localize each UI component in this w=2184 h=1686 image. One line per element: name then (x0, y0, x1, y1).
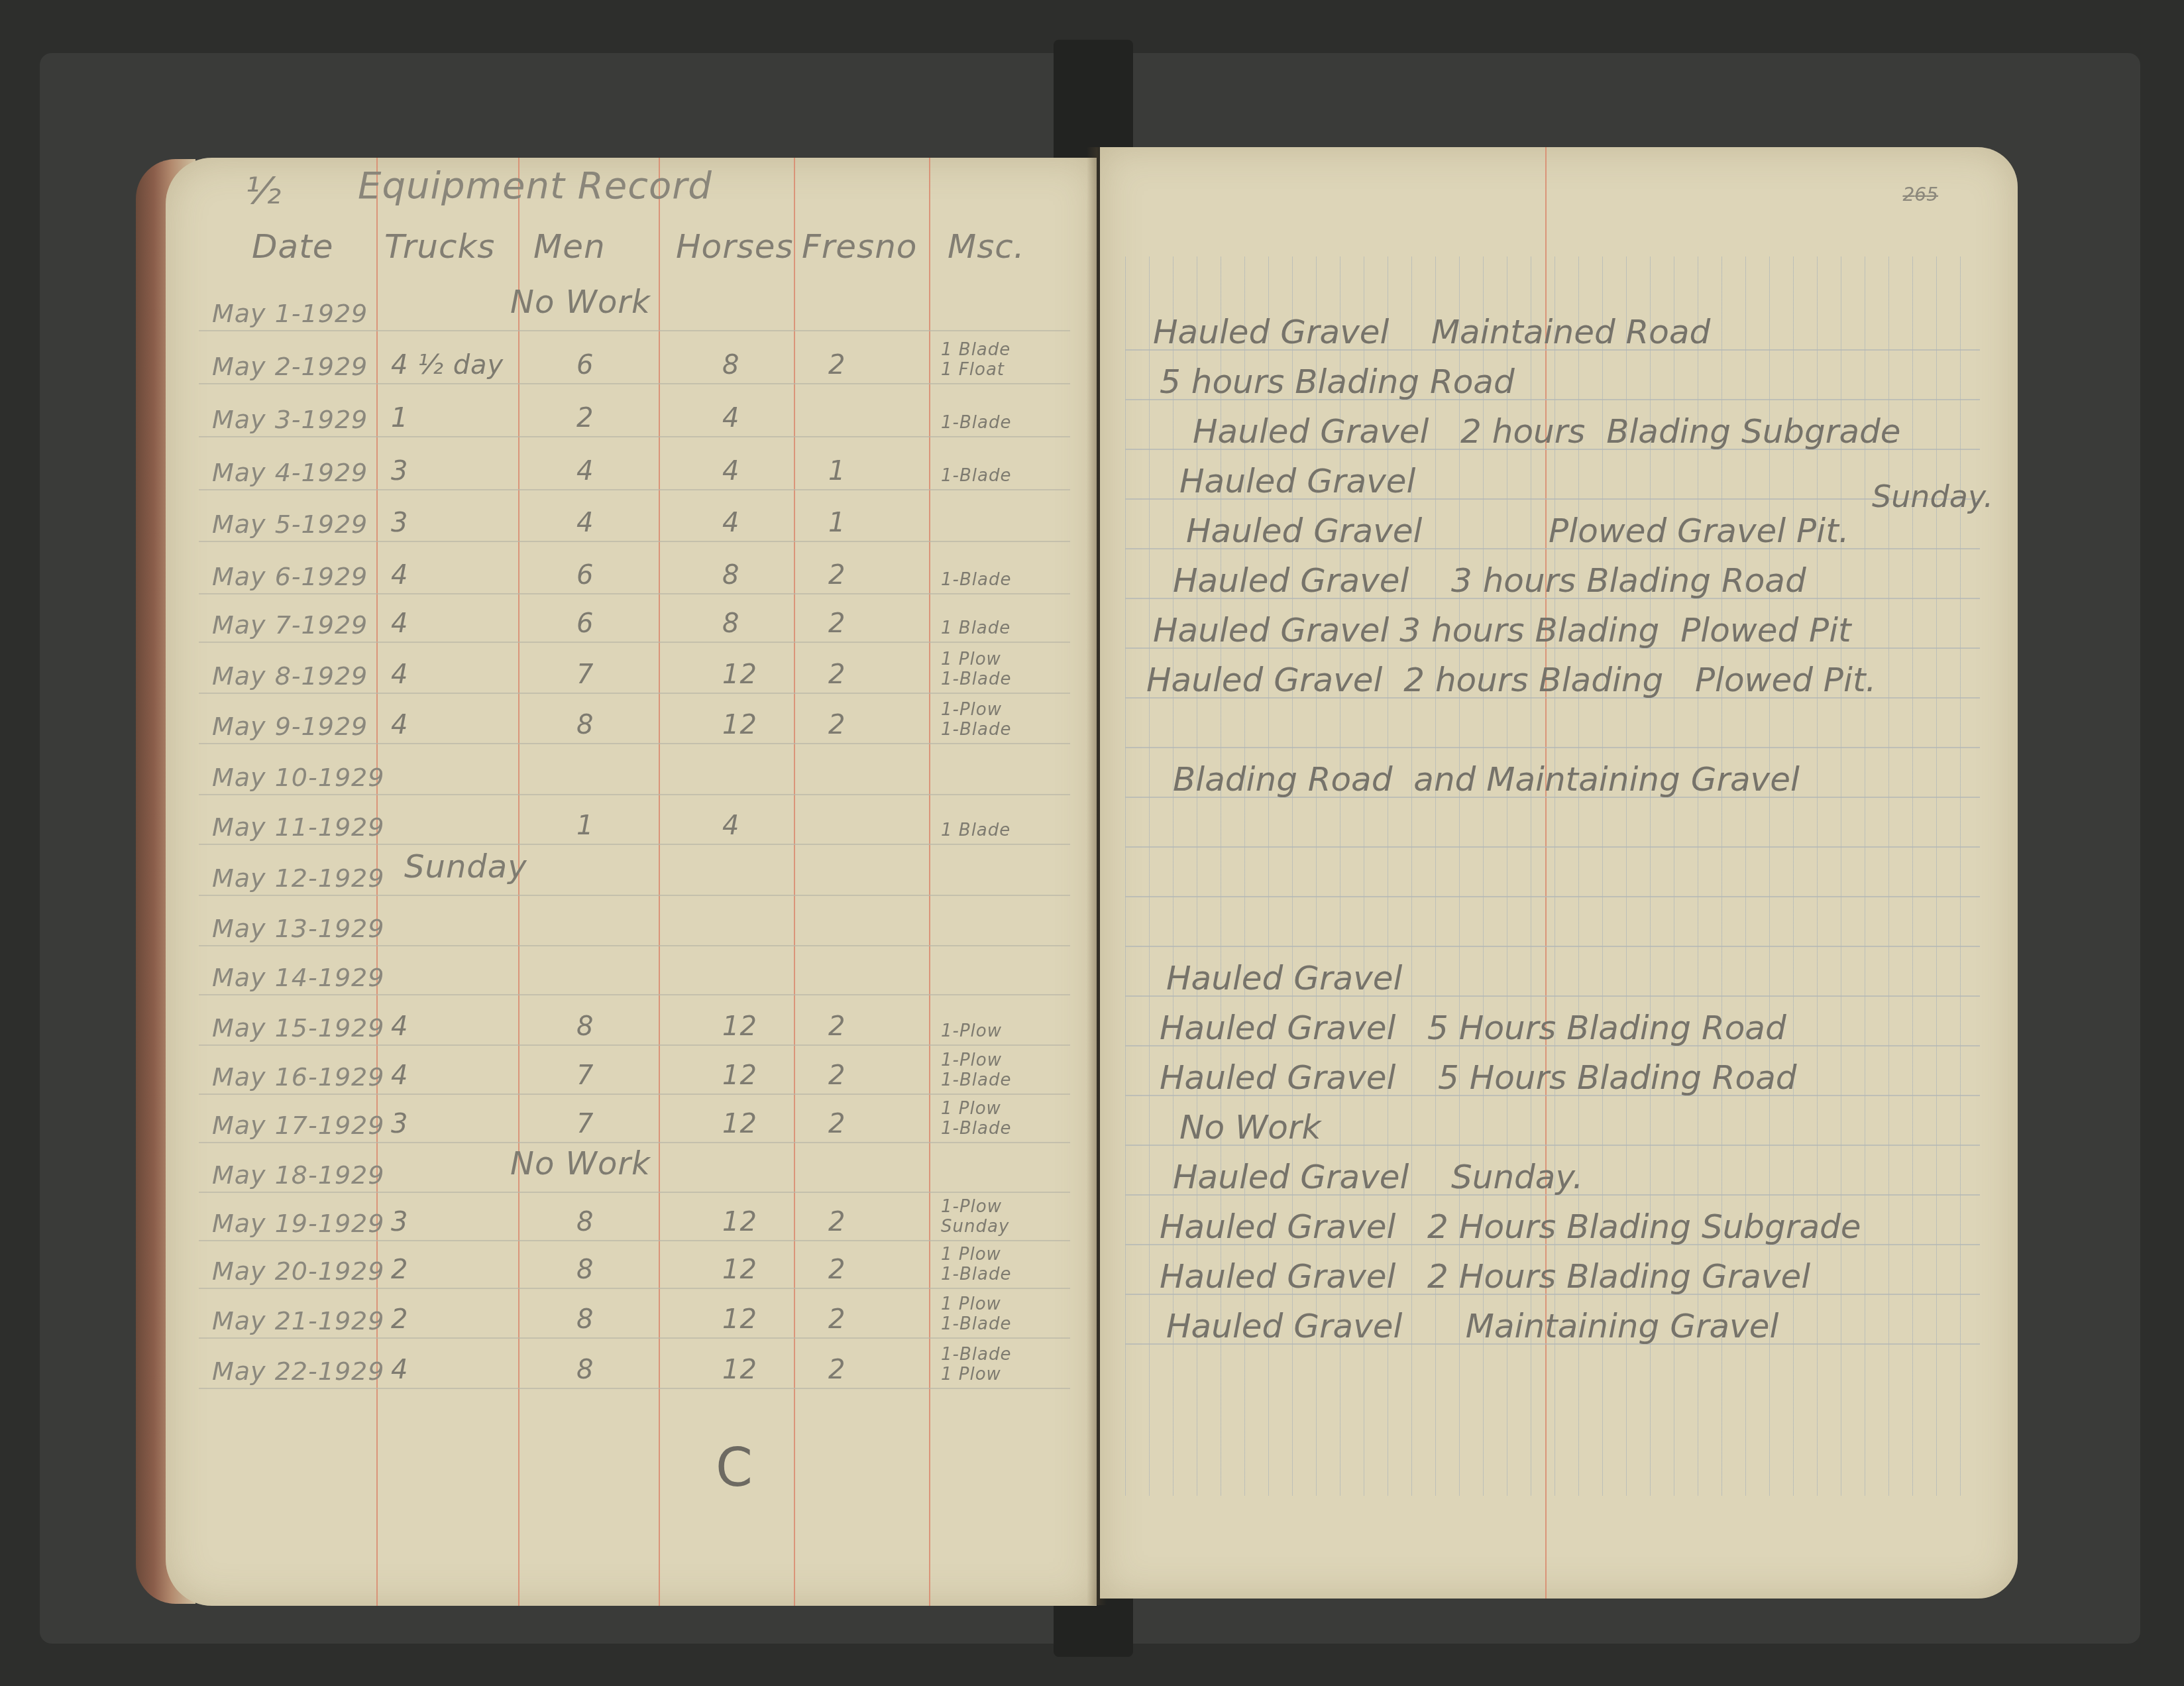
cell-misc: 1-Blade (941, 570, 1011, 590)
side-note-sunday: Sunday. (1872, 478, 1993, 514)
cell-horses: 4 (722, 811, 739, 841)
cell-horses: 8 (722, 608, 739, 639)
cell-trucks: 3 (391, 1207, 408, 1237)
cell-date: May 19-1929 (212, 1209, 384, 1238)
cell-trucks: 4 ½ day (391, 350, 504, 380)
cell-misc: 1 Blade (941, 618, 1010, 638)
note-entry: Hauled Gravel Sunday. (1173, 1158, 1583, 1196)
cell-date: May 9-1929 (212, 712, 368, 741)
ledger-rule (199, 642, 1070, 643)
stray-pencil-mark: C (716, 1437, 753, 1498)
cell-fresno: 2 (828, 710, 846, 740)
cell-misc: 1 Blade (941, 820, 1010, 840)
cell-date: May 1-1929 (212, 299, 368, 328)
cell-horses: 12 (722, 1207, 757, 1237)
cell-date: May 20-1929 (212, 1257, 384, 1286)
note-entry: Hauled Gravel (1179, 462, 1415, 500)
cell-men: 8 (576, 1304, 594, 1335)
span-note: No Work (510, 1145, 651, 1182)
cell-fresno: 2 (828, 560, 846, 590)
cell-misc: 1 Plow (941, 1245, 1001, 1264)
margin-line (1545, 147, 1547, 1599)
cell-fresno: 2 (828, 1207, 846, 1237)
note-entry: No Work (1179, 1108, 1321, 1147)
cell-men: 8 (576, 1355, 594, 1385)
left-page-ledger: ½ Equipment Record Date Trucks Men Horse… (166, 158, 1097, 1606)
cell-date: May 15-1929 (212, 1013, 384, 1042)
cell-horses: 12 (722, 1109, 757, 1139)
cell-men: 8 (576, 1255, 594, 1285)
cell-misc: 1-Plow (941, 1021, 1002, 1041)
cell-misc: 1-Blade (941, 669, 1011, 689)
cell-men: 4 (576, 456, 594, 486)
title-mark: ½ (245, 170, 282, 213)
page-title: Equipment Record (358, 164, 712, 207)
header-men: Men (533, 227, 606, 266)
cell-date: May 8-1929 (212, 661, 368, 691)
ledger-rule (199, 436, 1070, 437)
cell-fresno: 1 (828, 456, 846, 486)
cell-date: May 10-1929 (212, 763, 384, 792)
cell-trucks: 4 (391, 608, 408, 639)
cell-misc: 1-Blade (941, 1119, 1011, 1139)
note-entry: Hauled Gravel 3 hours Blading Road (1173, 561, 1806, 600)
ledger-rule (199, 541, 1070, 542)
cell-fresno: 2 (828, 350, 846, 380)
ledger-rule (199, 489, 1070, 490)
cell-men: 7 (576, 659, 594, 690)
note-entry: Hauled Gravel (1166, 959, 1402, 997)
cell-fresno: 2 (828, 1011, 846, 1042)
note-entry: Hauled Gravel 2 hours Blading Plowed Pit… (1146, 661, 1876, 699)
cell-trucks: 4 (391, 710, 408, 740)
cell-date: May 21-1929 (212, 1306, 384, 1335)
note-entry: Blading Road and Maintaining Gravel (1173, 760, 1800, 799)
cell-misc: 1-Plow (941, 1050, 1002, 1070)
ledger-rule (199, 1142, 1070, 1143)
cell-horses: 12 (722, 1255, 757, 1285)
cell-trucks: 2 (391, 1304, 408, 1335)
cell-fresno: 2 (828, 659, 846, 690)
ledger-rule (199, 383, 1070, 384)
cell-date: May 11-1929 (212, 813, 384, 842)
ledger-rule (199, 1044, 1070, 1046)
cell-misc: 1-Blade (941, 1345, 1011, 1365)
cell-horses: 12 (722, 1355, 757, 1385)
cell-horses: 12 (722, 1304, 757, 1335)
cell-misc: Sunday (941, 1217, 1009, 1237)
note-entry: Hauled Gravel 2 Hours Blading Subgrade (1160, 1208, 1861, 1246)
cell-fresno: 2 (828, 1304, 846, 1335)
cell-trucks: 4 (391, 659, 408, 690)
cell-date: May 17-1929 (212, 1111, 384, 1140)
note-entry: Hauled Gravel 5 Hours Blading Road (1160, 1009, 1786, 1047)
cell-horses: 8 (722, 350, 739, 380)
cell-date: May 18-1929 (212, 1160, 384, 1190)
note-entry: Hauled Gravel 5 Hours Blading Road (1160, 1058, 1797, 1097)
cell-trucks: 3 (391, 508, 408, 538)
ledger-rule (199, 844, 1070, 845)
cell-men: 8 (576, 710, 594, 740)
cell-date: May 3-1929 (212, 405, 368, 434)
grid-rule (1125, 896, 1980, 897)
cell-date: May 6-1929 (212, 562, 368, 591)
note-entry: Hauled Gravel 2 hours Blading Subgrade (1193, 412, 1901, 451)
ledger-rule (199, 794, 1070, 795)
cell-misc: 1-Plow (941, 1197, 1002, 1217)
cell-trucks: 1 (391, 403, 408, 433)
grid-rule (1125, 946, 1980, 947)
ledger-rule (199, 330, 1070, 331)
cell-misc: 1-Plow (941, 700, 1002, 720)
header-fresno: Fresno (802, 227, 917, 266)
cell-men: 4 (576, 508, 594, 538)
cell-trucks: 4 (391, 1355, 408, 1385)
cell-fresno: 2 (828, 1255, 846, 1285)
cell-trucks: 4 (391, 560, 408, 590)
page-number: 2̶6̶5̶ (1903, 184, 1938, 205)
cell-fresno: 2 (828, 1355, 846, 1385)
cell-misc: 1-Blade (941, 466, 1011, 486)
ledger-rule (199, 1337, 1070, 1339)
cell-fresno: 1 (828, 508, 846, 538)
cell-date: May 12-1929 (212, 864, 384, 893)
note-entry: Hauled Gravel 3 hours Blading Plowed Pit (1153, 611, 1851, 649)
cell-men: 2 (576, 403, 594, 433)
ledger-rule (199, 693, 1070, 694)
cell-date: May 4-1929 (212, 458, 368, 487)
note-entry: Hauled Gravel Maintained Road (1153, 313, 1710, 351)
note-entry: 5 hours Blading Road (1160, 363, 1515, 401)
cell-men: 7 (576, 1109, 594, 1139)
cell-men: 1 (576, 811, 594, 841)
cell-date: May 7-1929 (212, 610, 368, 640)
cell-trucks: 4 (391, 1011, 408, 1042)
cell-trucks: 3 (391, 1109, 408, 1139)
cell-trucks: 4 (391, 1060, 408, 1091)
cell-misc: 1 Float (941, 360, 1005, 380)
note-entry: Hauled Gravel 2 Hours Blading Gravel (1160, 1257, 1810, 1296)
right-page-notes: 2̶6̶5̶ Hauled Gravel Maintained Road5 ho… (1100, 147, 2018, 1599)
cell-men: 6 (576, 608, 594, 639)
cell-horses: 12 (722, 710, 757, 740)
cell-misc: 1 Plow (941, 1294, 1001, 1314)
cell-horses: 4 (722, 508, 739, 538)
cell-misc: 1 Plow (941, 1365, 1001, 1384)
ledger-rule (199, 1288, 1070, 1289)
note-entry: Hauled Gravel Plowed Gravel Pit. (1186, 512, 1849, 550)
cell-men: 6 (576, 350, 594, 380)
cell-horses: 12 (722, 1060, 757, 1091)
cell-horses: 12 (722, 1011, 757, 1042)
cell-date: May 16-1929 (212, 1062, 384, 1092)
cell-misc: 1 Plow (941, 649, 1001, 669)
cell-misc: 1-Blade (941, 413, 1011, 433)
ledger-rule (199, 1192, 1070, 1193)
span-note: No Work (510, 284, 651, 321)
cell-misc: 1 Blade (941, 340, 1010, 360)
cell-misc: 1-Blade (941, 1070, 1011, 1090)
ledger-rule (199, 945, 1070, 946)
cell-misc: 1-Blade (941, 1264, 1011, 1284)
ledger-rule (199, 994, 1070, 995)
span-note: Sunday (404, 848, 527, 885)
ledger-rule (199, 1094, 1070, 1095)
cell-date: May 22-1929 (212, 1357, 384, 1386)
cell-date: May 5-1929 (212, 510, 368, 539)
ledger-rule (199, 895, 1070, 896)
cell-fresno: 2 (828, 608, 846, 639)
cell-men: 8 (576, 1207, 594, 1237)
ledger-rule (199, 743, 1070, 744)
cell-date: May 2-1929 (212, 352, 368, 381)
ledger-rule (199, 1240, 1070, 1241)
grid-rule (1125, 846, 1980, 848)
cell-men: 7 (576, 1060, 594, 1091)
header-horses: Horses (676, 227, 794, 266)
cell-horses: 4 (722, 456, 739, 486)
cell-trucks: 2 (391, 1255, 408, 1285)
cell-men: 6 (576, 560, 594, 590)
cell-date: May 13-1929 (212, 914, 384, 943)
header-trucks: Trucks (384, 227, 495, 266)
cell-fresno: 2 (828, 1109, 846, 1139)
cell-horses: 4 (722, 403, 739, 433)
cell-misc: 1-Blade (941, 720, 1011, 740)
grid-rule (1125, 747, 1980, 748)
header-date: Date (252, 227, 334, 266)
cell-men: 8 (576, 1011, 594, 1042)
cell-horses: 12 (722, 659, 757, 690)
cell-misc: 1 Plow (941, 1099, 1001, 1119)
cell-fresno: 2 (828, 1060, 846, 1091)
cell-date: May 14-1929 (212, 963, 384, 992)
cell-trucks: 3 (391, 456, 408, 486)
note-entry: Hauled Gravel Maintaining Gravel (1166, 1307, 1778, 1345)
ledger-rule (199, 593, 1070, 594)
header-misc: Msc. (948, 227, 1025, 266)
cell-misc: 1-Blade (941, 1314, 1011, 1334)
ledger-rule (199, 1388, 1070, 1389)
cell-horses: 8 (722, 560, 739, 590)
